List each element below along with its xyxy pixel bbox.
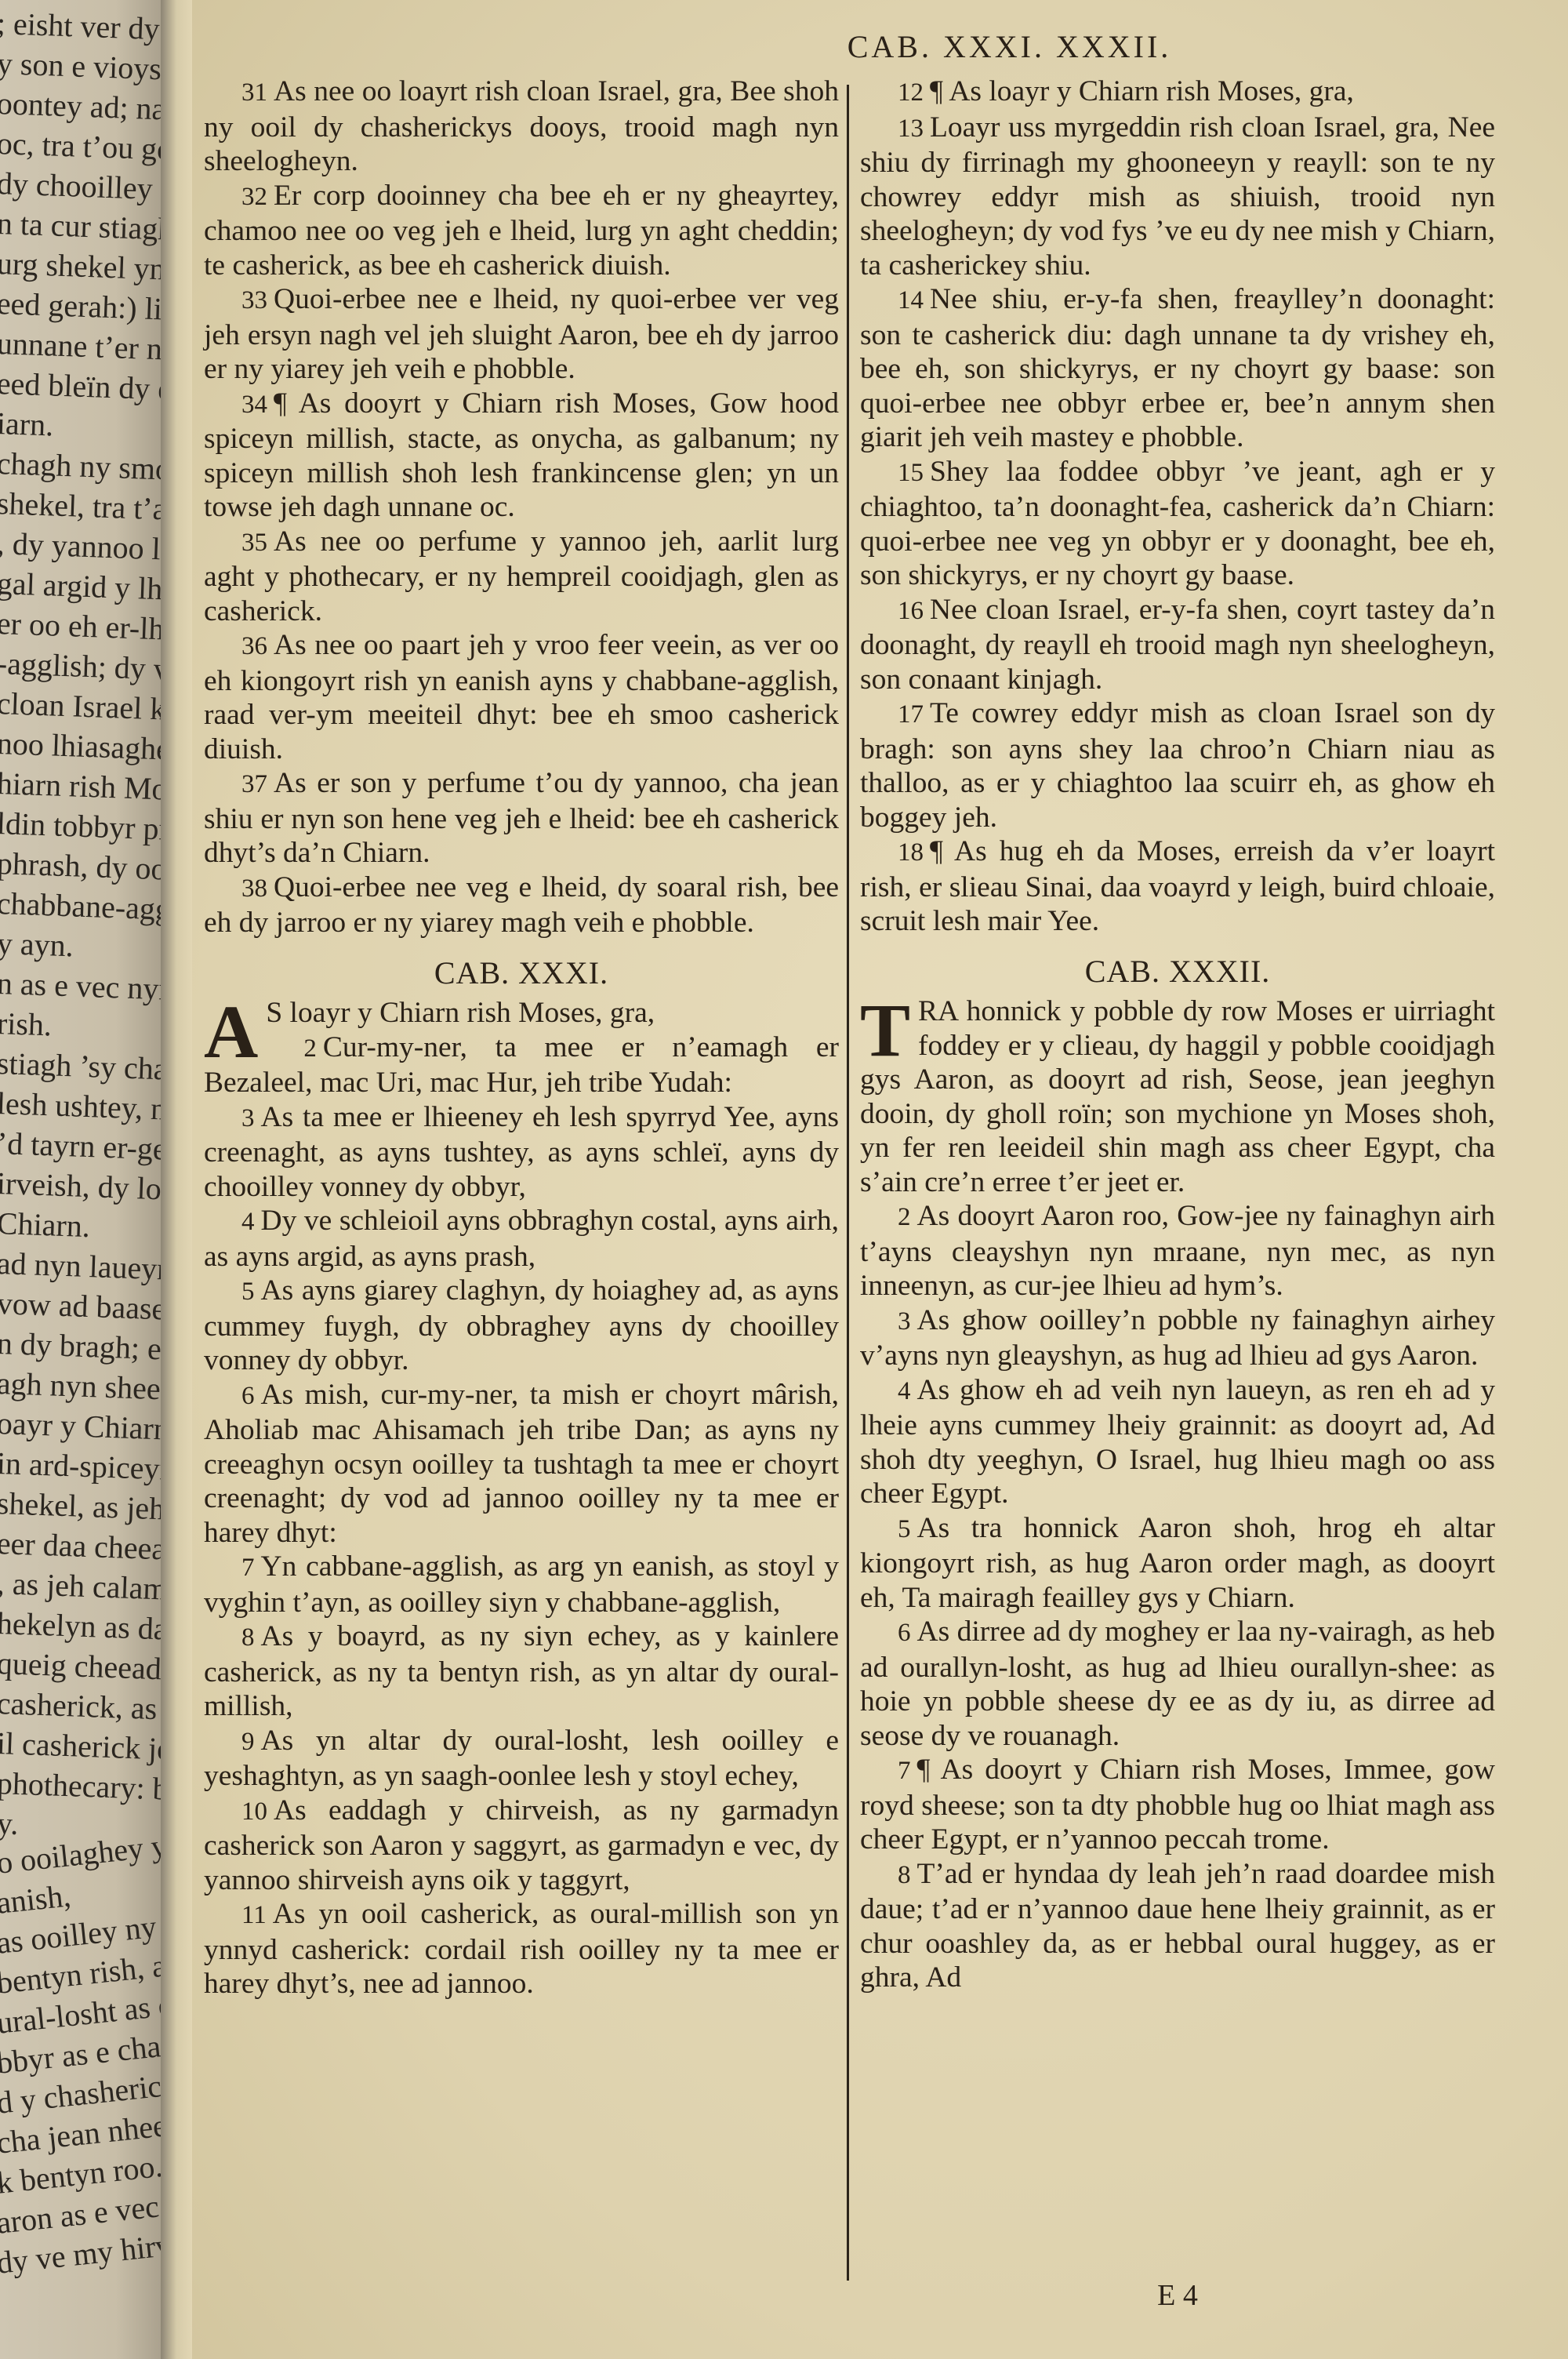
facing-page-line: -agglish; dy vod xyxy=(0,646,165,688)
facing-page-line: gal argid y lhias xyxy=(0,566,165,608)
facing-page-line: eer daa cheead xyxy=(0,1526,165,1567)
facing-page-line: lesh ushtey, nagh xyxy=(0,1086,165,1129)
verse: 7Yn cabbane-agglish, as arg yn eanish, a… xyxy=(204,1550,839,1619)
verse-text: As nee oo loayrt rish cloan Israel, gra,… xyxy=(204,75,839,177)
verse: 5As ayns giarey claghyn, dy hoiaghey ad,… xyxy=(204,1274,839,1378)
verse-number: 10 xyxy=(241,1797,267,1826)
facing-page-line: , as jeh calamus xyxy=(0,1566,165,1608)
left-column: 31As nee oo loayrt rish cloan Israel, gr… xyxy=(204,75,839,2001)
facing-page-line: agh nyn sheelogh xyxy=(0,1366,165,1408)
facing-page-line: ad nyn laueyn a xyxy=(0,1246,165,1288)
verse-number: 37 xyxy=(241,770,267,798)
verse: 17Te cowrey eddyr mish as cloan Israel s… xyxy=(860,696,1495,834)
verse-text: As y boayrd, as ny siyn echey, as y kain… xyxy=(204,1620,839,1722)
verse-text: Shey laa foddee obbyr ’ve jeant, agh er … xyxy=(860,456,1495,592)
verse-number: 38 xyxy=(241,874,267,903)
facing-page-line: irveish, dy lostey xyxy=(0,1166,165,1209)
verse-text: As hug eh da Moses, erreish da v’er loay… xyxy=(860,835,1495,937)
verse-text: Quoi-erbee nee veg e lheid, dy soaral ri… xyxy=(204,871,839,940)
verse: 16Nee cloan Israel, er-y-fa shen, coyrt … xyxy=(860,593,1495,697)
verse-number: 2 xyxy=(303,1034,317,1063)
verse: 35As nee oo perfume y yannoo jeh, aarlit… xyxy=(204,525,839,629)
facing-page-edge: ; eisht ver dy choy son e vioysoontey ad… xyxy=(0,0,165,2359)
verse-text: As dooyrt y Chiarn rish Moses, Gow hood … xyxy=(204,387,839,524)
verse: 31As nee oo loayrt rish cloan Israel, gr… xyxy=(204,75,839,179)
verse-number: 15 xyxy=(898,459,924,487)
column-divider xyxy=(847,85,849,2281)
verse-number: 4 xyxy=(241,1208,255,1236)
verse: 10As eaddagh y chirveish, as ny garmadyn… xyxy=(204,1794,839,1898)
facing-page-line: n dy bragh; eer da xyxy=(0,1326,165,1369)
verse: 37As er son y perfume t’ou dy yannoo, ch… xyxy=(204,766,839,871)
verse-text: Cur-my-ner, ta mee er n’eamagh er Bezale… xyxy=(204,1031,839,1100)
verse-text: As dooyrt y Chiarn rish Moses, Immee, go… xyxy=(860,1754,1495,1856)
facing-page-line: y ayn. xyxy=(0,926,74,963)
facing-page-line: oontey ad; nagh xyxy=(0,86,165,128)
verse: 15Shey laa foddee obbyr ’ve jeant, agh e… xyxy=(860,455,1495,593)
facing-page-line: urg shekel yn xyxy=(0,246,165,286)
verse-number: 12 xyxy=(898,78,924,107)
facing-page-line: iarn. xyxy=(0,406,54,442)
facing-page-line: anish, xyxy=(0,1878,72,1921)
chapter-heading: CAB. XXXII. xyxy=(860,954,1495,989)
facing-page-line: chabbane-agglish xyxy=(0,886,165,929)
verse-number: 4 xyxy=(898,1377,911,1405)
running-head-text: CAB. XXXI. XXXII. xyxy=(848,28,1172,65)
verse-text: As nee oo perfume y yannoo jeh, aarlit l… xyxy=(204,525,839,627)
facing-page-line: stiagh ’sy chab xyxy=(0,1046,165,1087)
verse: 38Quoi-erbee nee veg e lheid, dy soaral … xyxy=(204,871,839,940)
facing-page-line: chagh ny smoo, xyxy=(0,446,165,488)
facing-page-line: shekel, tra t’ad xyxy=(0,486,165,527)
verse: 9As yn altar dy oural-losht, lesh ooille… xyxy=(204,1724,839,1794)
verse-text: As nee oo paart jeh y vroo feer veein, a… xyxy=(204,629,839,765)
facing-page-line: y. xyxy=(0,1806,19,1841)
facing-page-line: er oo eh er-lheh, xyxy=(0,606,165,648)
verse-text: Loayr uss myrgeddin rish cloan Israel, g… xyxy=(860,111,1495,282)
verse-number: 2 xyxy=(898,1203,911,1231)
verse-text: As yn altar dy oural-losht, lesh ooilley… xyxy=(204,1725,839,1793)
verse: 36As nee oo paart jeh y vroo feer veein,… xyxy=(204,628,839,766)
facing-page-line: noo lhiasaghey so xyxy=(0,726,165,769)
verse: 7¶ As dooyrt y Chiarn rish Moses, Immee,… xyxy=(860,1753,1495,1857)
verse-text: As ghow eh ad veih nyn laueyn, as ren eh… xyxy=(860,1374,1495,1510)
facing-page-line: eed bleïn dy ea xyxy=(0,366,165,407)
verse: 4Dy ve schleioil ayns obbraghyn costal, … xyxy=(204,1204,839,1274)
chapter-first-verse: TRA honnick y pobble dy row Moses er uir… xyxy=(860,994,1495,1199)
verse: 11As yn ooil casherick, as oural-millish… xyxy=(204,1897,839,2001)
verse-number: 14 xyxy=(898,286,924,314)
facing-page-line: phrash, dy oonlagh xyxy=(0,846,165,889)
verse-text: As yn ooil casherick, as oural-millish s… xyxy=(204,1898,839,2000)
verse-text: As mish, cur-my-ner, ta mish er choyrt m… xyxy=(204,1379,839,1549)
verse-text: As loayr y Chiarn rish Moses, gra, xyxy=(949,75,1354,107)
facing-page-line: oc, tra t’ou goa xyxy=(0,126,165,167)
facing-page-line: cloan Israel kio xyxy=(0,686,165,728)
verse-text: S loayr y Chiarn rish Moses, gra, xyxy=(266,997,655,1029)
verse-text: Quoi-erbee nee e lheid, ny quoi-erbee ve… xyxy=(204,283,839,385)
facing-page-line: unnane t’er nyn xyxy=(0,326,165,368)
drop-cap-letter: T xyxy=(860,999,910,1062)
verse: 6As dirree ad dy moghey er laa ny-vairag… xyxy=(860,1615,1495,1753)
verse-text: As ayns giarey claghyn, dy hoiaghey ad, … xyxy=(204,1274,839,1376)
verse-number: 3 xyxy=(898,1307,911,1336)
facing-page-line: , dy yannoo lhias xyxy=(0,526,165,569)
book-gutter xyxy=(161,0,192,2359)
facing-page-line: n ta cur stiagh xyxy=(0,206,165,247)
verse-text: T’ad er hyndaa dy leah jeh’n raad doarde… xyxy=(860,1858,1495,1994)
verse-number: 13 xyxy=(898,114,924,143)
facing-page-line: rish. xyxy=(0,1006,53,1042)
verse: 13Loayr uss myrgeddin rish cloan Israel,… xyxy=(860,111,1495,283)
right-column: 12¶ As loayr y Chiarn rish Moses, gra,13… xyxy=(860,75,1495,1995)
drop-cap-letter: A xyxy=(204,1001,258,1063)
facing-page-line: hiarn rish Moses, xyxy=(0,766,165,809)
running-head: CAB. XXXI. XXXII. xyxy=(192,28,1568,65)
facing-page-line: ; eisht ver dy cho xyxy=(0,6,165,49)
verse-text: Nee shiu, er-y-fa shen, freaylley’n doon… xyxy=(860,283,1495,453)
facing-page-line: phothecary: bee xyxy=(0,1766,165,1808)
verse: 8T’ad er hyndaa dy leah jeh’n raad doard… xyxy=(860,1857,1495,1995)
verse-text: As dirree ad dy moghey er laa ny-vairagh… xyxy=(860,1616,1495,1752)
verse-text: Te cowrey eddyr mish as cloan Israel son… xyxy=(860,697,1495,834)
verse-number: 32 xyxy=(241,183,267,211)
verse-number: 7 xyxy=(898,1757,911,1785)
pilcrow-mark: ¶ xyxy=(917,1754,941,1786)
verse: 6As mish, cur-my-ner, ta mish er choyrt … xyxy=(204,1378,839,1550)
verse: 18¶ As hug eh da Moses, erreish da v’er … xyxy=(860,834,1495,939)
verse-number: 36 xyxy=(241,632,267,660)
verse: 2As dooyrt Aaron roo, Gow-jee ny fainagh… xyxy=(860,1199,1495,1303)
verse-number: 31 xyxy=(241,78,267,107)
verse: 32Er corp dooinney cha bee eh er ny ghea… xyxy=(204,179,839,283)
facing-page-line: n as e vec nyn lau xyxy=(0,966,165,1009)
verse-text: Dy ve schleioil ayns obbraghyn costal, a… xyxy=(204,1205,839,1273)
facing-page-line: shekel, as jeh cin xyxy=(0,1486,165,1528)
verse-text: As dooyrt Aaron roo, Gow-jee ny fainaghy… xyxy=(860,1200,1495,1302)
facing-page-line: queig cheead sheka xyxy=(0,1646,165,1689)
verse-number: 5 xyxy=(241,1278,255,1306)
verse-number: 34 xyxy=(241,391,267,419)
verse-text: Er corp dooinney cha bee eh er ny gheayr… xyxy=(204,180,839,282)
verse: 3As ghow ooilley’n pobble ny fainaghyn a… xyxy=(860,1303,1495,1373)
facing-page-line: vow ad baase: as h xyxy=(0,1286,165,1329)
verse: 3As ta mee er lhieeney eh lesh spyrryd Y… xyxy=(204,1100,839,1205)
verse-number: 8 xyxy=(241,1623,255,1652)
chapter-first-verse: AS loayr y Chiarn rish Moses, gra, xyxy=(204,996,839,1030)
verse-text: As eaddagh y chirveish, as ny garmadyn c… xyxy=(204,1794,839,1896)
verse-text: Nee cloan Israel, er-y-fa shen, coyrt ta… xyxy=(860,594,1495,696)
book-page: CAB. XXXI. XXXII. 31As nee oo loayrt ris… xyxy=(192,0,1568,2359)
facing-page-line: oayr y Chiarn ris xyxy=(0,1406,165,1448)
verse-text: As er son y perfume t’ou dy yannoo, cha … xyxy=(204,767,839,869)
verse-number: 18 xyxy=(898,838,924,867)
verse-number: 6 xyxy=(241,1382,255,1410)
verse-number: 6 xyxy=(898,1619,911,1647)
verse-text: As ghow ooilley’n pobble ny fainaghyn ai… xyxy=(860,1304,1495,1372)
pilcrow-mark: ¶ xyxy=(930,835,954,867)
verse: 34¶ As dooyrt y Chiarn rish Moses, Gow h… xyxy=(204,387,839,525)
verse: 4As ghow eh ad veih nyn laueyn, as ren e… xyxy=(860,1373,1495,1511)
verse-number: 11 xyxy=(241,1901,267,1929)
verse: 2Cur-my-ner, ta mee er n’eamagh er Bezal… xyxy=(204,1030,839,1100)
pilcrow-mark: ¶ xyxy=(274,387,299,420)
verse-number: 9 xyxy=(241,1728,255,1756)
facing-page-line: ldin tobbyr prash xyxy=(0,806,165,849)
facing-page-line: hekelyn as da-eed xyxy=(0,1606,165,1648)
signature-mark: E 4 xyxy=(860,2278,1495,2313)
verse-number: 35 xyxy=(241,529,267,557)
verse-text: As ta mee er lhieeney eh lesh spyrryd Ye… xyxy=(204,1101,839,1203)
verse-number: 33 xyxy=(241,286,267,314)
verse-text: As tra honnick Aaron shoh, hrog eh altar… xyxy=(860,1512,1495,1614)
verse-number: 8 xyxy=(898,1861,911,1889)
verse-number: 7 xyxy=(241,1554,255,1582)
verse: 12¶ As loayr y Chiarn rish Moses, gra, xyxy=(860,75,1495,111)
facing-page-line: Chiarn. xyxy=(0,1206,91,1244)
verse-number: 16 xyxy=(898,597,924,625)
facing-page-line: casherick, as hin xyxy=(0,1686,165,1728)
pilcrow-mark: ¶ xyxy=(930,75,949,107)
verse: 33Quoi-erbee nee e lheid, ny quoi-erbee … xyxy=(204,282,839,387)
chapter-heading: CAB. XXXI. xyxy=(204,956,839,990)
facing-page-line: il casherick jeh, n xyxy=(0,1726,165,1768)
verse-text: Yn cabbane-agglish, as arg yn eanish, as… xyxy=(204,1550,839,1619)
verse-number: 3 xyxy=(241,1104,255,1132)
verse-number: 5 xyxy=(898,1515,911,1543)
facing-page-line: ’d tayrn er-gerre xyxy=(0,1126,165,1168)
facing-page-line: in ard-spiceyn, je xyxy=(0,1446,165,1488)
verse-text: RA honnick y pobble dy row Moses er uirr… xyxy=(860,995,1495,1198)
verse: 8As y boayrd, as ny siyn echey, as y kai… xyxy=(204,1619,839,1724)
facing-page-line: y son e vioys xyxy=(0,46,162,86)
facing-page-line: eed gerah:) lieh xyxy=(0,286,165,328)
facing-page-line: o ooilaghey yn cha xyxy=(0,1821,165,1880)
verse: 14Nee shiu, er-y-fa shen, freaylley’n do… xyxy=(860,282,1495,455)
verse-number: 17 xyxy=(898,700,924,729)
verse: 5As tra honnick Aaron shoh, hrog eh alta… xyxy=(860,1511,1495,1616)
facing-page-line: dy chooilley un xyxy=(0,166,165,208)
